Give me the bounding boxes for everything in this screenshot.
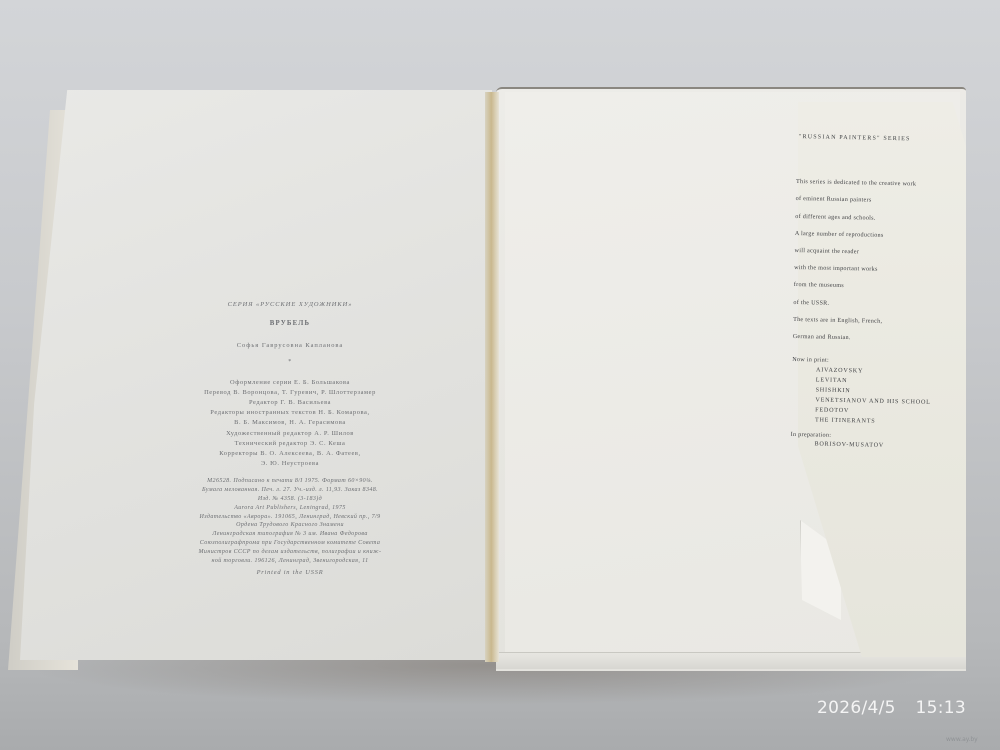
credit-line: Редакторы иностранных текстов Н. Б. Кома…	[170, 408, 410, 418]
slip-line: of different ages and schools.	[795, 213, 965, 225]
pub-line: Aurora Art Publishers, Leningrad, 1975	[170, 504, 410, 513]
printed-in: Printed in the USSR	[170, 568, 410, 577]
photo-scene: СЕРИЯ «РУССКИЕ ХУДОЖНИКИ» ВРУБЕЛЬ Софья …	[0, 0, 1000, 750]
timestamp-date: 2026/4/5	[817, 698, 896, 718]
pub-line: Союзполиграфпрома при Государственном ко…	[170, 539, 410, 548]
slip-line: German and Russian.	[793, 333, 963, 345]
slip-line: This series is dedicated to the creative…	[796, 178, 966, 190]
slip-line: with the most important works	[794, 264, 964, 276]
slip-line: The texts are in English, French,	[793, 316, 963, 328]
slip-line: of eminent Russian painters	[796, 195, 966, 207]
slip-text: "RUSSIAN PAINTERS" SERIES This series is…	[790, 133, 967, 453]
credit-line: Технический редактор Э. С. Кеша	[170, 439, 410, 449]
publication-details: М26528. Подписано к печати 8/I 1975. Фор…	[170, 477, 410, 565]
pub-line: ной торговли. 196126, Ленинград, Звениго…	[170, 557, 410, 566]
photo-timestamp: 2026/4/5 15:13	[817, 698, 966, 718]
credit-line: Оформление серии Е. Б. Большакова	[170, 378, 410, 388]
imprint-block: СЕРИЯ «РУССКИЕ ХУДОЖНИКИ» ВРУБЕЛЬ Софья …	[170, 300, 410, 578]
slip-line: of the USSR.	[793, 298, 963, 310]
slip-line: A large number of reproductions	[795, 230, 965, 242]
slip-line: from the museums	[794, 281, 964, 293]
slip-line: will acquaint the reader	[794, 247, 964, 259]
credit-line: Художественный редактор А. Р. Шилов	[170, 429, 410, 439]
credit-line: Редактор Г. В. Васильева	[170, 398, 410, 408]
watermark: www.ay.by	[946, 736, 978, 743]
timestamp-time: 15:13	[915, 698, 966, 718]
slip-description: This series is dedicated to the creative…	[792, 170, 966, 354]
book-title: ВРУБЕЛЬ	[170, 319, 410, 328]
pub-line: Министров СССР по делам издательств, пол…	[170, 548, 410, 557]
pub-line: Ленинградская типография № 3 им. Ивана Ф…	[170, 530, 410, 539]
author-name: Софья Гаврусовна Капланова	[170, 341, 410, 350]
pub-line: Ордена Трудового Красного Знамени	[170, 521, 410, 530]
credits-list: Оформление серии Е. Б. Большакова Перево…	[170, 378, 410, 470]
pub-line: Издательство «Аврора». 191065, Ленинград…	[170, 513, 410, 522]
credit-line: Корректоры В. О. Алексеева, В. А. Фатеев…	[170, 449, 410, 459]
book-spine-gutter	[485, 92, 499, 662]
pub-line: Бумага мелованная. Печ. л. 27. Уч.-изд. …	[170, 486, 410, 495]
credit-line: Перевод В. Воронцова, Т. Гуревич, Р. Шло…	[170, 388, 410, 398]
credit-line: В. Б. Максимов, Н. А. Герасимова	[170, 418, 410, 428]
in-print-list: AIVAZOVSKY LEVITAN SHISHKIN VENETSIANOV …	[815, 365, 962, 428]
work-title: THE ITINERANTS	[815, 415, 961, 428]
pub-line: Изд. № 4358. (3-183)д	[170, 495, 410, 504]
pub-line: М26528. Подписано к печати 8/I 1975. Фор…	[170, 477, 410, 486]
series-title: СЕРИЯ «РУССКИЕ ХУДОЖНИКИ»	[170, 300, 410, 309]
separator-star: *	[170, 358, 410, 367]
credit-line: Э. Ю. Неустроева	[170, 459, 410, 469]
